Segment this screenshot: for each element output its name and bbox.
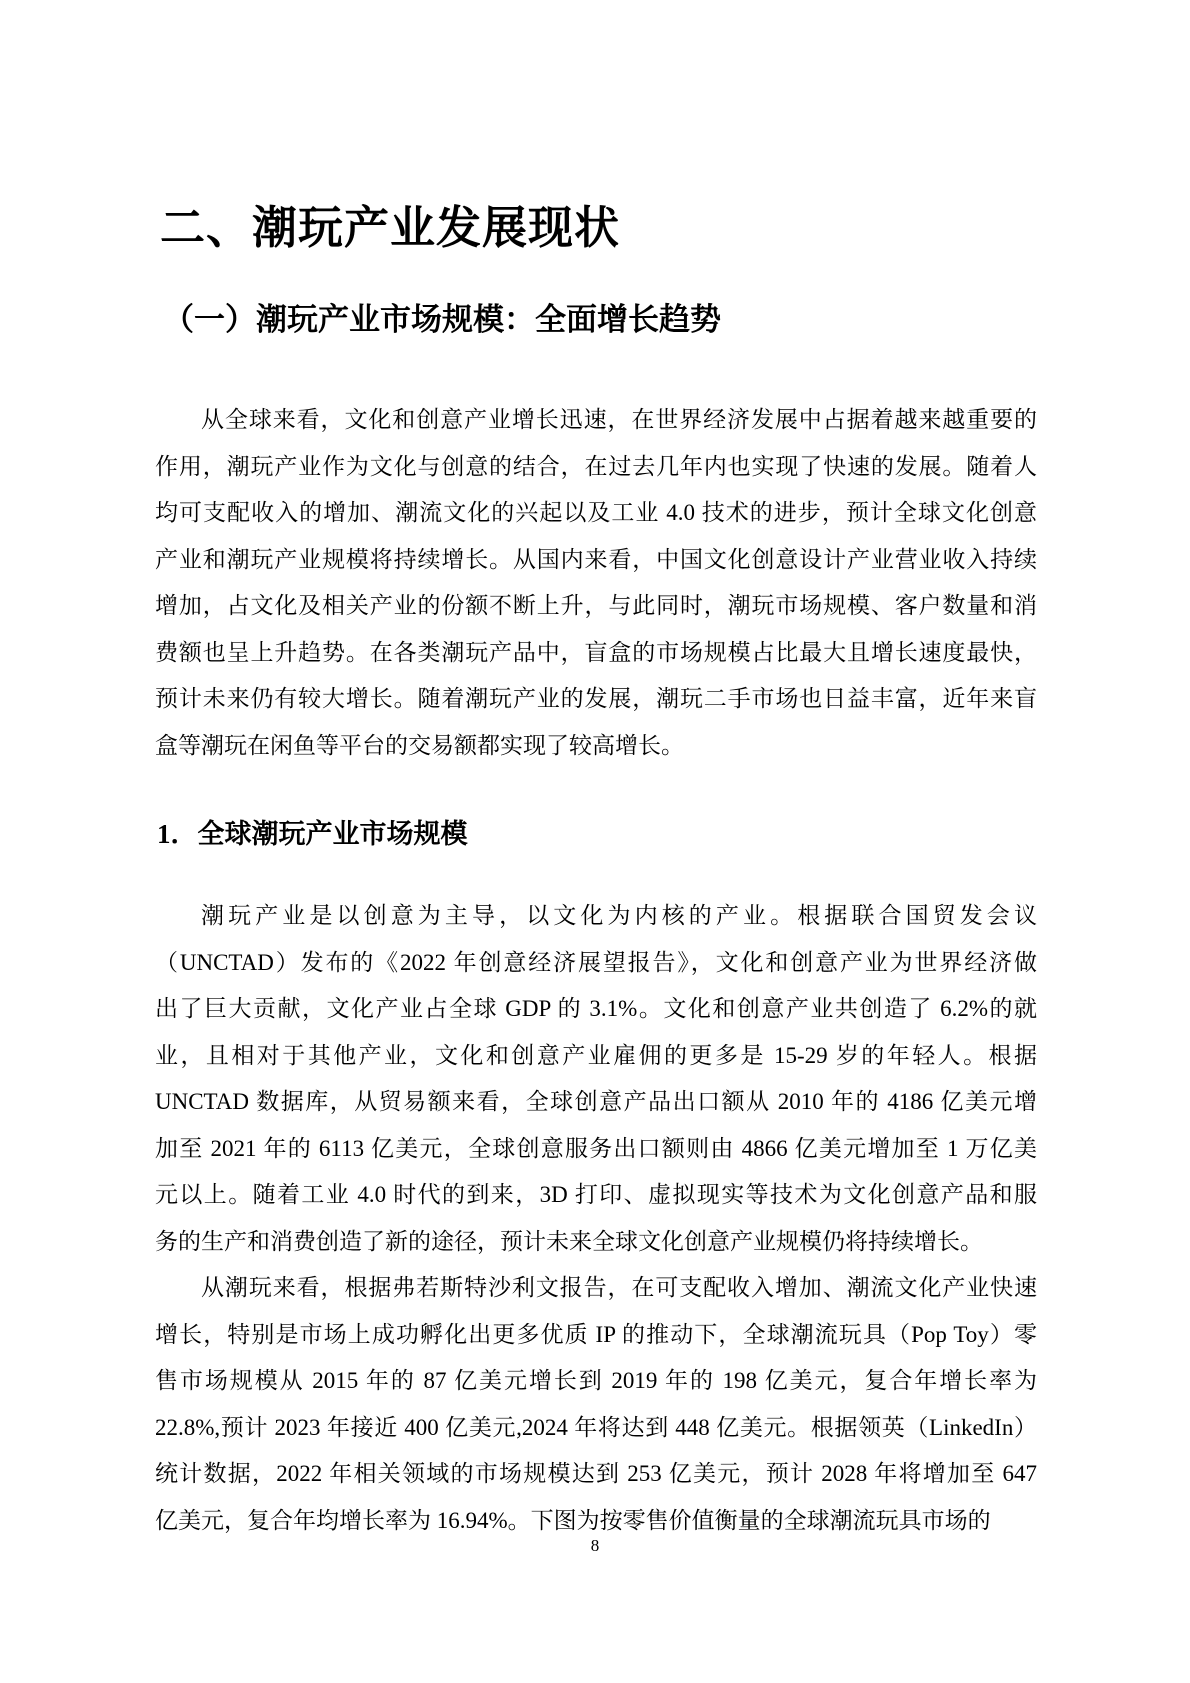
chapter-heading: 二、潮玩产业发展现状: [160, 200, 1060, 256]
paragraph-overview: 从全球来看，文化和创意产业增长迅速，在世界经济发展中占据着越来越重要的作用，潮玩…: [155, 397, 1037, 769]
text-line: 作用，潮玩产业作为文化与创意的结合，在过去几年内也实现了快速的发展。随着人: [155, 444, 1037, 491]
text-line: 增加，占文化及相关产业的份额不断上升，与此同时，潮玩市场规模、客户数量和消: [155, 583, 1037, 630]
document-page: 二、潮玩产业发展现状 （一）潮玩产业市场规模：全面增长趋势 从全球来看，文化和创…: [0, 0, 1190, 1683]
text-line: 预计未来仍有较大增长。随着潮玩产业的发展，潮玩二手市场也日益丰富，近年来盲: [155, 676, 1037, 723]
text-line: 加至 2021 年的 6113 亿美元，全球创意服务出口额则由 4866 亿美元…: [155, 1126, 1037, 1173]
text-line: UNCTAD 数据库，从贸易额来看，全球创意产品出口额从 2010 年的 418…: [155, 1079, 1037, 1126]
text-line: 22.8%,预计 2023 年接近 400 亿美元,2024 年将达到 448 …: [155, 1405, 1037, 1452]
subsection-heading: 1．全球潮玩产业市场规模: [157, 815, 1057, 853]
page-number: 8: [0, 1534, 1190, 1558]
paragraph-pop-toy-market: 从潮玩来看，根据弗若斯特沙利文报告，在可支配收入增加、潮流文化产业快速增长，特别…: [155, 1265, 1037, 1544]
text-line: 务的生产和消费创造了新的途径，预计未来全球文化创意产业规模仍将持续增长。: [155, 1219, 1037, 1266]
text-line: 盒等潮玩在闲鱼等平台的交易额都实现了较高增长。: [155, 723, 1037, 770]
text-line: 统计数据，2022 年相关领域的市场规模达到 253 亿美元，预计 2028 年…: [155, 1451, 1037, 1498]
text-line: 费额也呈上升趋势。在各类潮玩产品中，盲盒的市场规模占比最大且增长速度最快，: [155, 630, 1037, 677]
text-line: 出了巨大贡献，文化产业占全球 GDP 的 3.1%。文化和创意产业共创造了 6.…: [155, 986, 1037, 1033]
section-heading: （一）潮玩产业市场规模：全面增长趋势: [163, 299, 1063, 341]
text-line: 元以上。随着工业 4.0 时代的到来，3D 打印、虚拟现实等技术为文化创意产品和…: [155, 1172, 1037, 1219]
text-line: 增长，特别是市场上成功孵化出更多优质 IP 的推动下，全球潮流玩具（Pop To…: [155, 1312, 1037, 1359]
text-line: （UNCTAD）发布的《2022 年创意经济展望报告》，文化和创意产业为世界经济…: [155, 940, 1037, 987]
text-line: 售市场规模从 2015 年的 87 亿美元增长到 2019 年的 198 亿美元…: [155, 1358, 1037, 1405]
text-line: 从全球来看，文化和创意产业增长迅速，在世界经济发展中占据着越来越重要的: [155, 397, 1037, 444]
text-line: 从潮玩来看，根据弗若斯特沙利文报告，在可支配收入增加、潮流文化产业快速: [155, 1265, 1037, 1312]
text-line: 潮玩产业是以创意为主导，以文化为内核的产业。根据联合国贸发会议: [155, 893, 1037, 940]
text-line: 均可支配收入的增加、潮流文化的兴起以及工业 4.0 技术的进步，预计全球文化创意: [155, 490, 1037, 537]
text-line: 产业和潮玩产业规模将持续增长。从国内来看，中国文化创意设计产业营业收入持续: [155, 537, 1037, 584]
paragraph-global-creative-industry: 潮玩产业是以创意为主导，以文化为内核的产业。根据联合国贸发会议（UNCTAD）发…: [155, 893, 1037, 1265]
text-line: 业，且相对于其他产业，文化和创意产业雇佣的更多是 15-29 岁的年轻人。根据: [155, 1033, 1037, 1080]
